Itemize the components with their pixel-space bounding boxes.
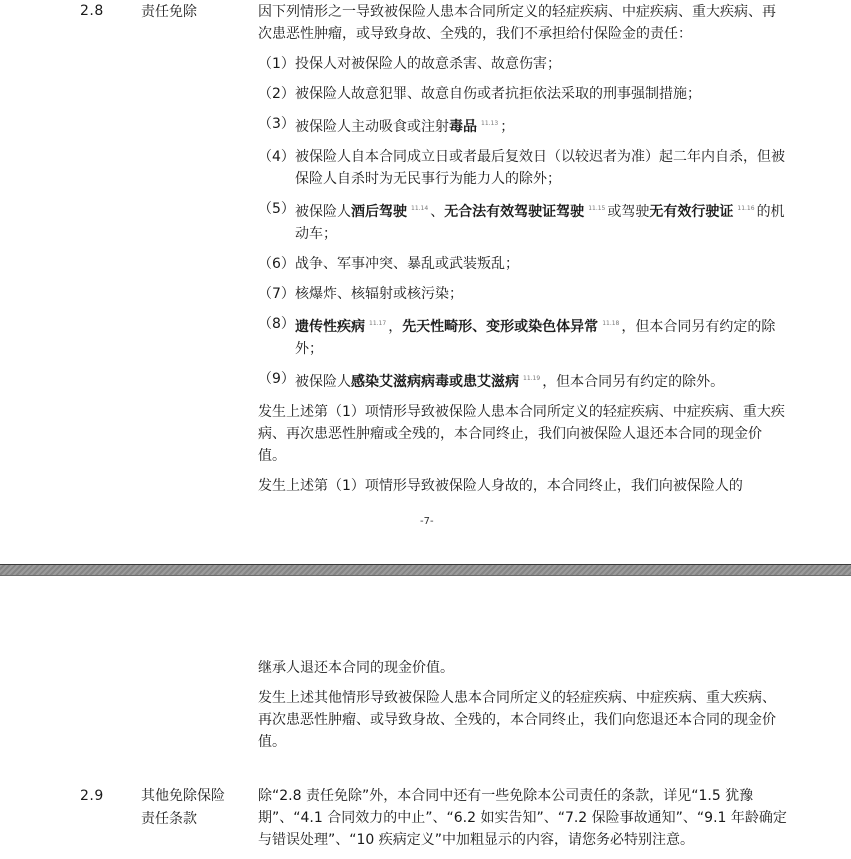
- text-run: 被保险人主动吸食或注射: [295, 119, 449, 135]
- document-page-7: 2.8 责任免除 因下列情形之一导致被保险人患本合同所定义的轻症疾病、中症疾病、…: [0, 0, 851, 564]
- text-run: 被保险人自本合同成立日或者最后复效日（以较迟者为准）起二年内自杀，但被保险人自杀…: [295, 149, 785, 187]
- definition-reference: 11.13: [481, 120, 498, 127]
- exclusion-item: （5）被保险人酒后驾驶11.14、无合法有效驾驶证驾驶11.15或驾驶无有效行驶…: [258, 198, 788, 245]
- text-run: 或驾驶: [607, 204, 649, 220]
- text-run: 、: [430, 204, 444, 220]
- section-29-text: 除“2.8 责任免除”外，本合同中还有一些免除本公司责任的条款，详见“1.5 犹…: [258, 785, 788, 851]
- exclusion-item: （8）遗传性疾病11.17，先天性畸形、变形或染色体异常11.18，但本合同另有…: [258, 313, 788, 360]
- continued-body: 继承人退还本合同的现金价值。 发生上述其他情形导致被保险人患本合同所定义的轻症疾…: [258, 657, 788, 761]
- section-title: 责任免除: [141, 1, 197, 24]
- exclusion-item: （9）被保险人感染艾滋病病毒或患艾滋病11.19，但本合同另有约定的除外。: [258, 368, 788, 393]
- page-break-separator: [0, 564, 851, 576]
- definition-reference: 11.19: [523, 375, 540, 382]
- item-marker: （9）: [258, 368, 295, 393]
- item-text: 被保险人主动吸食或注射毒品11.13；: [295, 113, 788, 138]
- definition-reference: 11.14: [411, 205, 428, 212]
- bold-term: 无有效行驶证: [649, 204, 733, 220]
- exclusion-item: （6）战争、军事冲突、暴乱或武装叛乱；: [258, 253, 788, 275]
- bold-term: 酒后驾驶: [351, 204, 407, 220]
- text-run: 投保人对被保险人的故意杀害、故意伤害；: [295, 56, 561, 72]
- item-text: 被保险人故意犯罪、故意自伤或者抗拒依法采取的刑事强制措施；: [295, 83, 788, 105]
- item-text: 被保险人感染艾滋病病毒或患艾滋病11.19，但本合同另有约定的除外。: [295, 368, 788, 393]
- definition-reference: 11.18: [602, 320, 619, 327]
- section-body: 除“2.8 责任免除”外，本合同中还有一些免除本公司责任的条款，详见“1.5 犹…: [258, 785, 788, 859]
- item-marker: （7）: [258, 283, 295, 305]
- text-run: ，但本合同另有约定的除外。: [542, 374, 724, 390]
- section-number: 2.8: [80, 3, 104, 19]
- paragraph-case-1-death: 发生上述第（1）项情形导致被保险人身故的，本合同终止，我们向被保险人的: [258, 475, 788, 497]
- paragraph-case-1-illness: 发生上述第（1）项情形导致被保险人患本合同所定义的轻症疾病、中症疾病、重大疾病、…: [258, 401, 788, 467]
- definition-reference: 11.15: [588, 205, 605, 212]
- item-marker: （5）: [258, 198, 295, 245]
- document-page-8: 继承人退还本合同的现金价值。 发生上述其他情形导致被保险人患本合同所定义的轻症疾…: [0, 576, 851, 859]
- definition-reference: 11.17: [369, 320, 386, 327]
- section-body: 因下列情形之一导致被保险人患本合同所定义的轻症疾病、中症疾病、重大疾病、再次患恶…: [258, 1, 788, 505]
- section-intro: 因下列情形之一导致被保险人患本合同所定义的轻症疾病、中症疾病、重大疾病、再次患恶…: [258, 1, 788, 45]
- section-title: 其他免除保险 责任条款: [141, 785, 225, 831]
- exclusion-item: （1）投保人对被保险人的故意杀害、故意伤害；: [258, 53, 788, 75]
- text-run: 被保险人: [295, 374, 351, 390]
- exclusion-item: （2）被保险人故意犯罪、故意自伤或者抗拒依法采取的刑事强制措施；: [258, 83, 788, 105]
- item-text: 遗传性疾病11.17，先天性畸形、变形或染色体异常11.18，但本合同另有约定的…: [295, 313, 788, 360]
- text-run: 战争、军事冲突、暴乱或武装叛乱；: [295, 256, 519, 272]
- section-number: 2.9: [80, 788, 104, 804]
- bold-term: 无合法有效驾驶证驾驶: [444, 204, 584, 220]
- item-text: 战争、军事冲突、暴乱或武装叛乱；: [295, 253, 788, 275]
- text-run: 核爆炸、核辐射或核污染；: [295, 286, 463, 302]
- page-number: -7-: [420, 516, 434, 527]
- exclusion-item: （4）被保险人自本合同成立日或者最后复效日（以较迟者为准）起二年内自杀，但被保险…: [258, 146, 788, 190]
- item-text: 投保人对被保险人的故意杀害、故意伤害；: [295, 53, 788, 75]
- item-text: 被保险人自本合同成立日或者最后复效日（以较迟者为准）起二年内自杀，但被保险人自杀…: [295, 146, 788, 190]
- item-text: 被保险人酒后驾驶11.14、无合法有效驾驶证驾驶11.15或驾驶无有效行驶证11…: [295, 198, 788, 245]
- bold-term: 遗传性疾病: [295, 319, 365, 335]
- item-marker: （3）: [258, 113, 295, 138]
- exclusion-item: （7）核爆炸、核辐射或核污染；: [258, 283, 788, 305]
- bold-term: 毒品: [449, 119, 477, 135]
- item-marker: （8）: [258, 313, 295, 360]
- exclusion-item: （3）被保险人主动吸食或注射毒品11.13；: [258, 113, 788, 138]
- bold-term: 先天性畸形、变形或染色体异常: [402, 319, 598, 335]
- paragraph-other-cases: 发生上述其他情形导致被保险人患本合同所定义的轻症疾病、中症疾病、重大疾病、再次患…: [258, 687, 788, 753]
- definition-reference: 11.16: [737, 205, 754, 212]
- item-marker: （1）: [258, 53, 295, 75]
- section-title-line-2: 责任条款: [141, 808, 225, 831]
- item-marker: （6）: [258, 253, 295, 275]
- paragraph-continued: 继承人退还本合同的现金价值。: [258, 657, 788, 679]
- item-text: 核爆炸、核辐射或核污染；: [295, 283, 788, 305]
- text-run: ；: [500, 119, 514, 135]
- section-title-line-1: 其他免除保险: [141, 785, 225, 808]
- text-run: ，: [388, 319, 402, 335]
- text-run: 被保险人: [295, 204, 351, 220]
- item-marker: （2）: [258, 83, 295, 105]
- bold-term: 感染艾滋病病毒或患艾滋病: [351, 374, 519, 390]
- text-run: 被保险人故意犯罪、故意自伤或者抗拒依法采取的刑事强制措施；: [295, 86, 701, 102]
- exclusion-list: （1）投保人对被保险人的故意杀害、故意伤害；（2）被保险人故意犯罪、故意自伤或者…: [258, 53, 788, 393]
- item-marker: （4）: [258, 146, 295, 190]
